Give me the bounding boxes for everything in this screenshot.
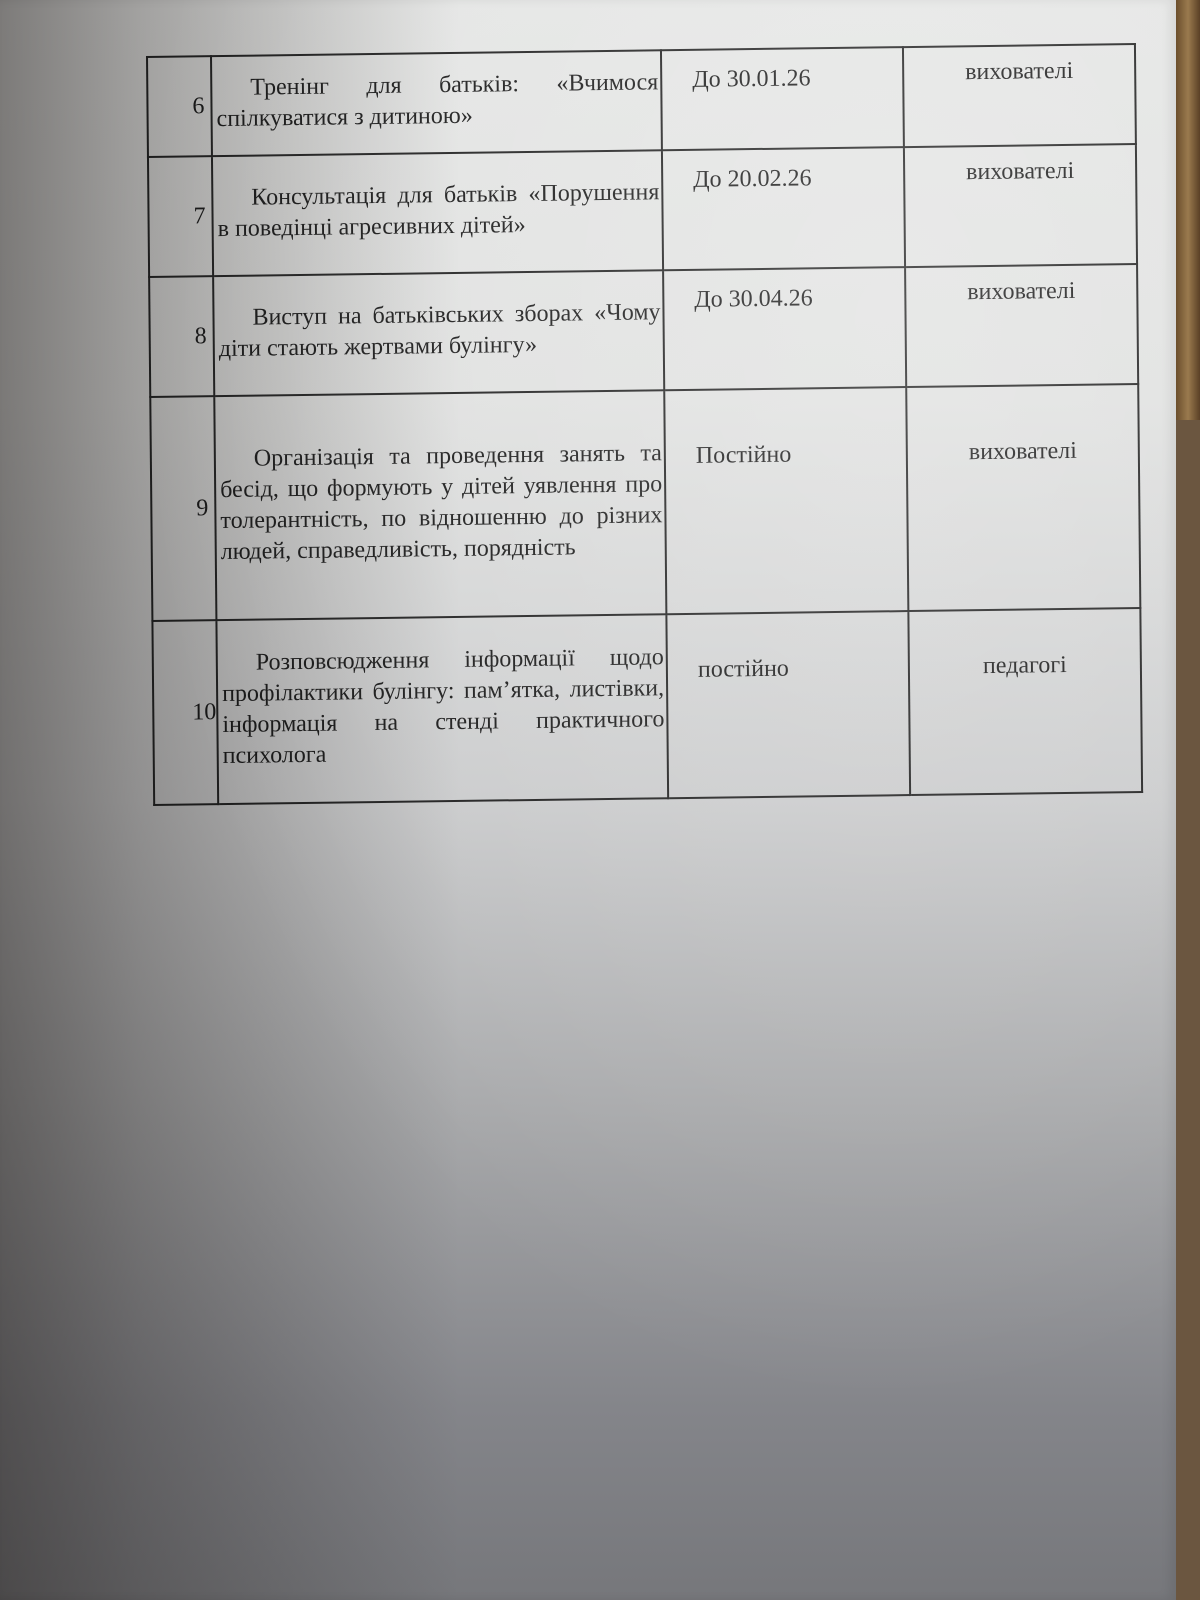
responsible-cell: вихователі	[904, 144, 1137, 267]
deadline-cell: До 30.04.26	[663, 267, 906, 390]
table-row: 9 Організація та проведення занять та бе…	[150, 384, 1140, 621]
table-row: 10 Розповсюдження інформації щодо профіл…	[152, 608, 1142, 805]
responsible-cell: педагогі	[908, 608, 1142, 795]
activity-cell: Консультація для батьків «Порушення в по…	[212, 150, 663, 276]
activity-cell: Розповсюдження інформації щодо профілакт…	[216, 614, 668, 804]
activity-cell: Тренінг для батьків: «Вчимося спілкувати…	[211, 50, 662, 156]
activity-text: Тренінг для батьків: «Вчимося спілкувати…	[216, 69, 658, 132]
deadline-cell: До 20.02.26	[662, 147, 905, 270]
paper-page: 6 Тренінг для батьків: «Вчимося спілкува…	[0, 0, 1176, 1600]
table-row: 6 Тренінг для батьків: «Вчимося спілкува…	[147, 44, 1136, 157]
table-row: 7 Консультація для батьків «Порушення в …	[148, 144, 1137, 277]
row-number: 8	[149, 276, 214, 397]
deadline-cell: Постійно	[664, 387, 908, 614]
activity-text: Консультація для батьків «Порушення в по…	[218, 179, 660, 242]
responsible-cell: вихователі	[903, 44, 1136, 147]
row-number: 7	[148, 156, 213, 277]
responsible-cell: вихователі	[906, 384, 1140, 611]
activity-cell: Організація та проведення занять та бесі…	[214, 390, 666, 620]
responsible-cell: вихователі	[905, 264, 1138, 387]
activity-text: Організація та проведення занять та бесі…	[220, 440, 663, 565]
activity-cell: Виступ на батьківських зборах «Чому діти…	[213, 270, 664, 396]
activities-table: 6 Тренінг для батьків: «Вчимося спілкува…	[146, 43, 1143, 806]
plan-table-container: 6 Тренінг для батьків: «Вчимося спілкува…	[146, 43, 1143, 806]
row-number: 6	[147, 56, 212, 157]
deadline-cell: До 30.01.26	[661, 47, 904, 150]
activity-text: Виступ на батьківських зборах «Чому діти…	[219, 299, 661, 362]
activity-text: Розповсюдження інформації щодо профілакт…	[222, 644, 665, 769]
row-number: 9	[150, 396, 216, 621]
deadline-cell: постійно	[666, 611, 910, 798]
table-row: 8 Виступ на батьківських зборах «Чому ді…	[149, 264, 1138, 397]
row-number: 10	[152, 620, 218, 805]
